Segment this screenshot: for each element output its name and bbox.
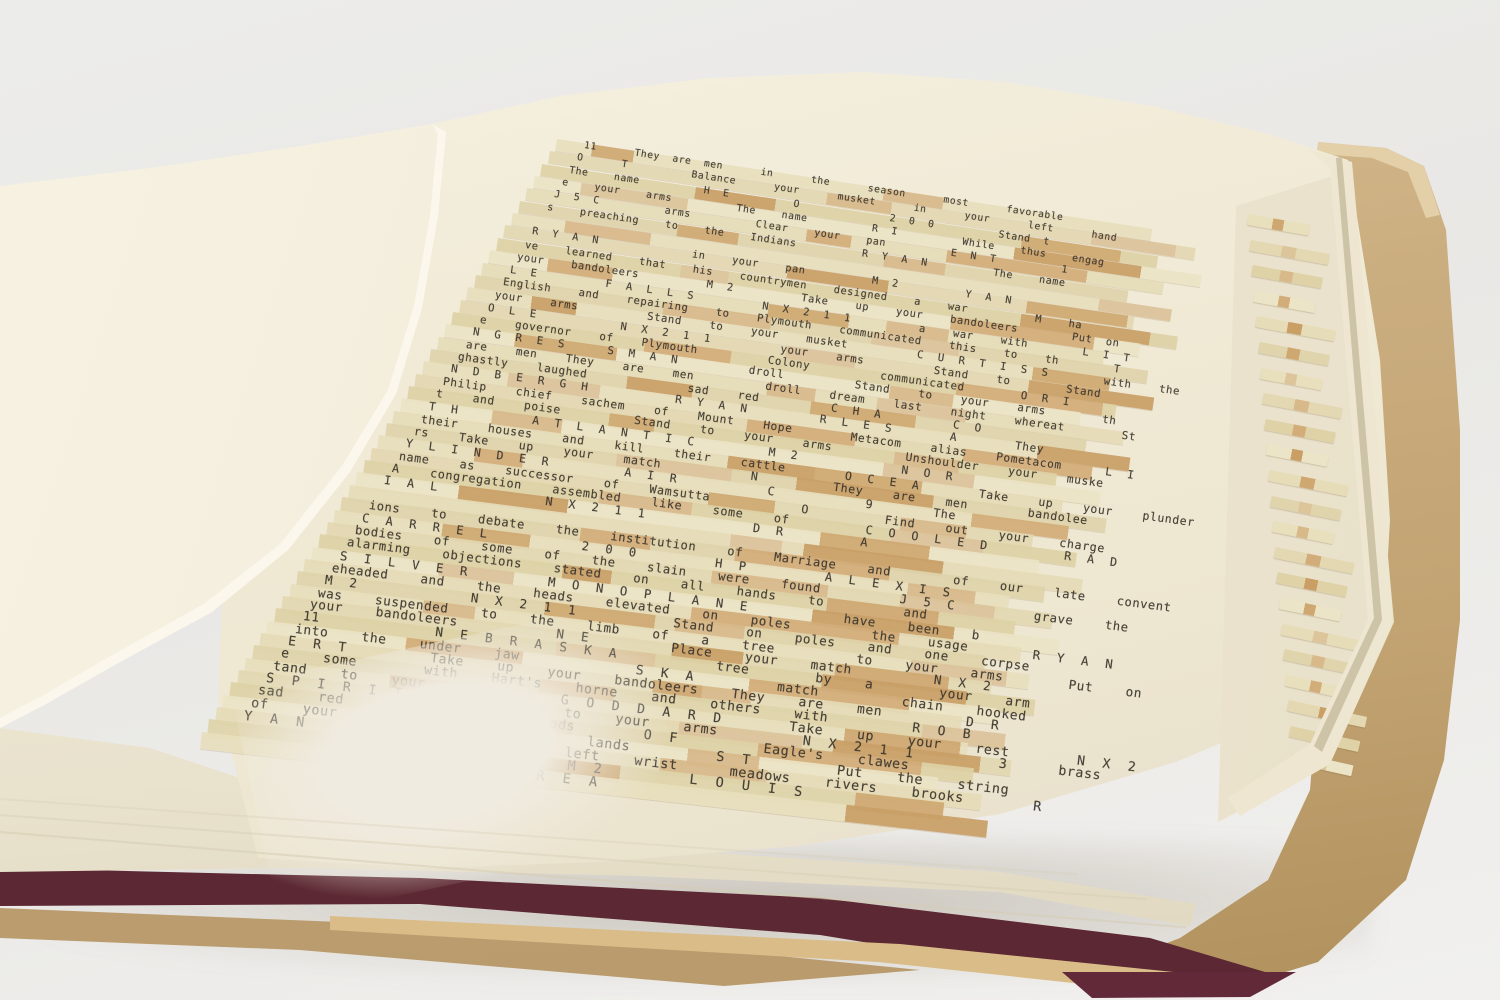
page-edge-line (0, 798, 1077, 875)
page-edge-lines (0, 0, 1500, 1000)
page-edge-line (0, 814, 1147, 900)
page-edge-line (0, 831, 1186, 928)
book-photograph: 11 They are men in the season most favor… (0, 0, 1500, 1000)
